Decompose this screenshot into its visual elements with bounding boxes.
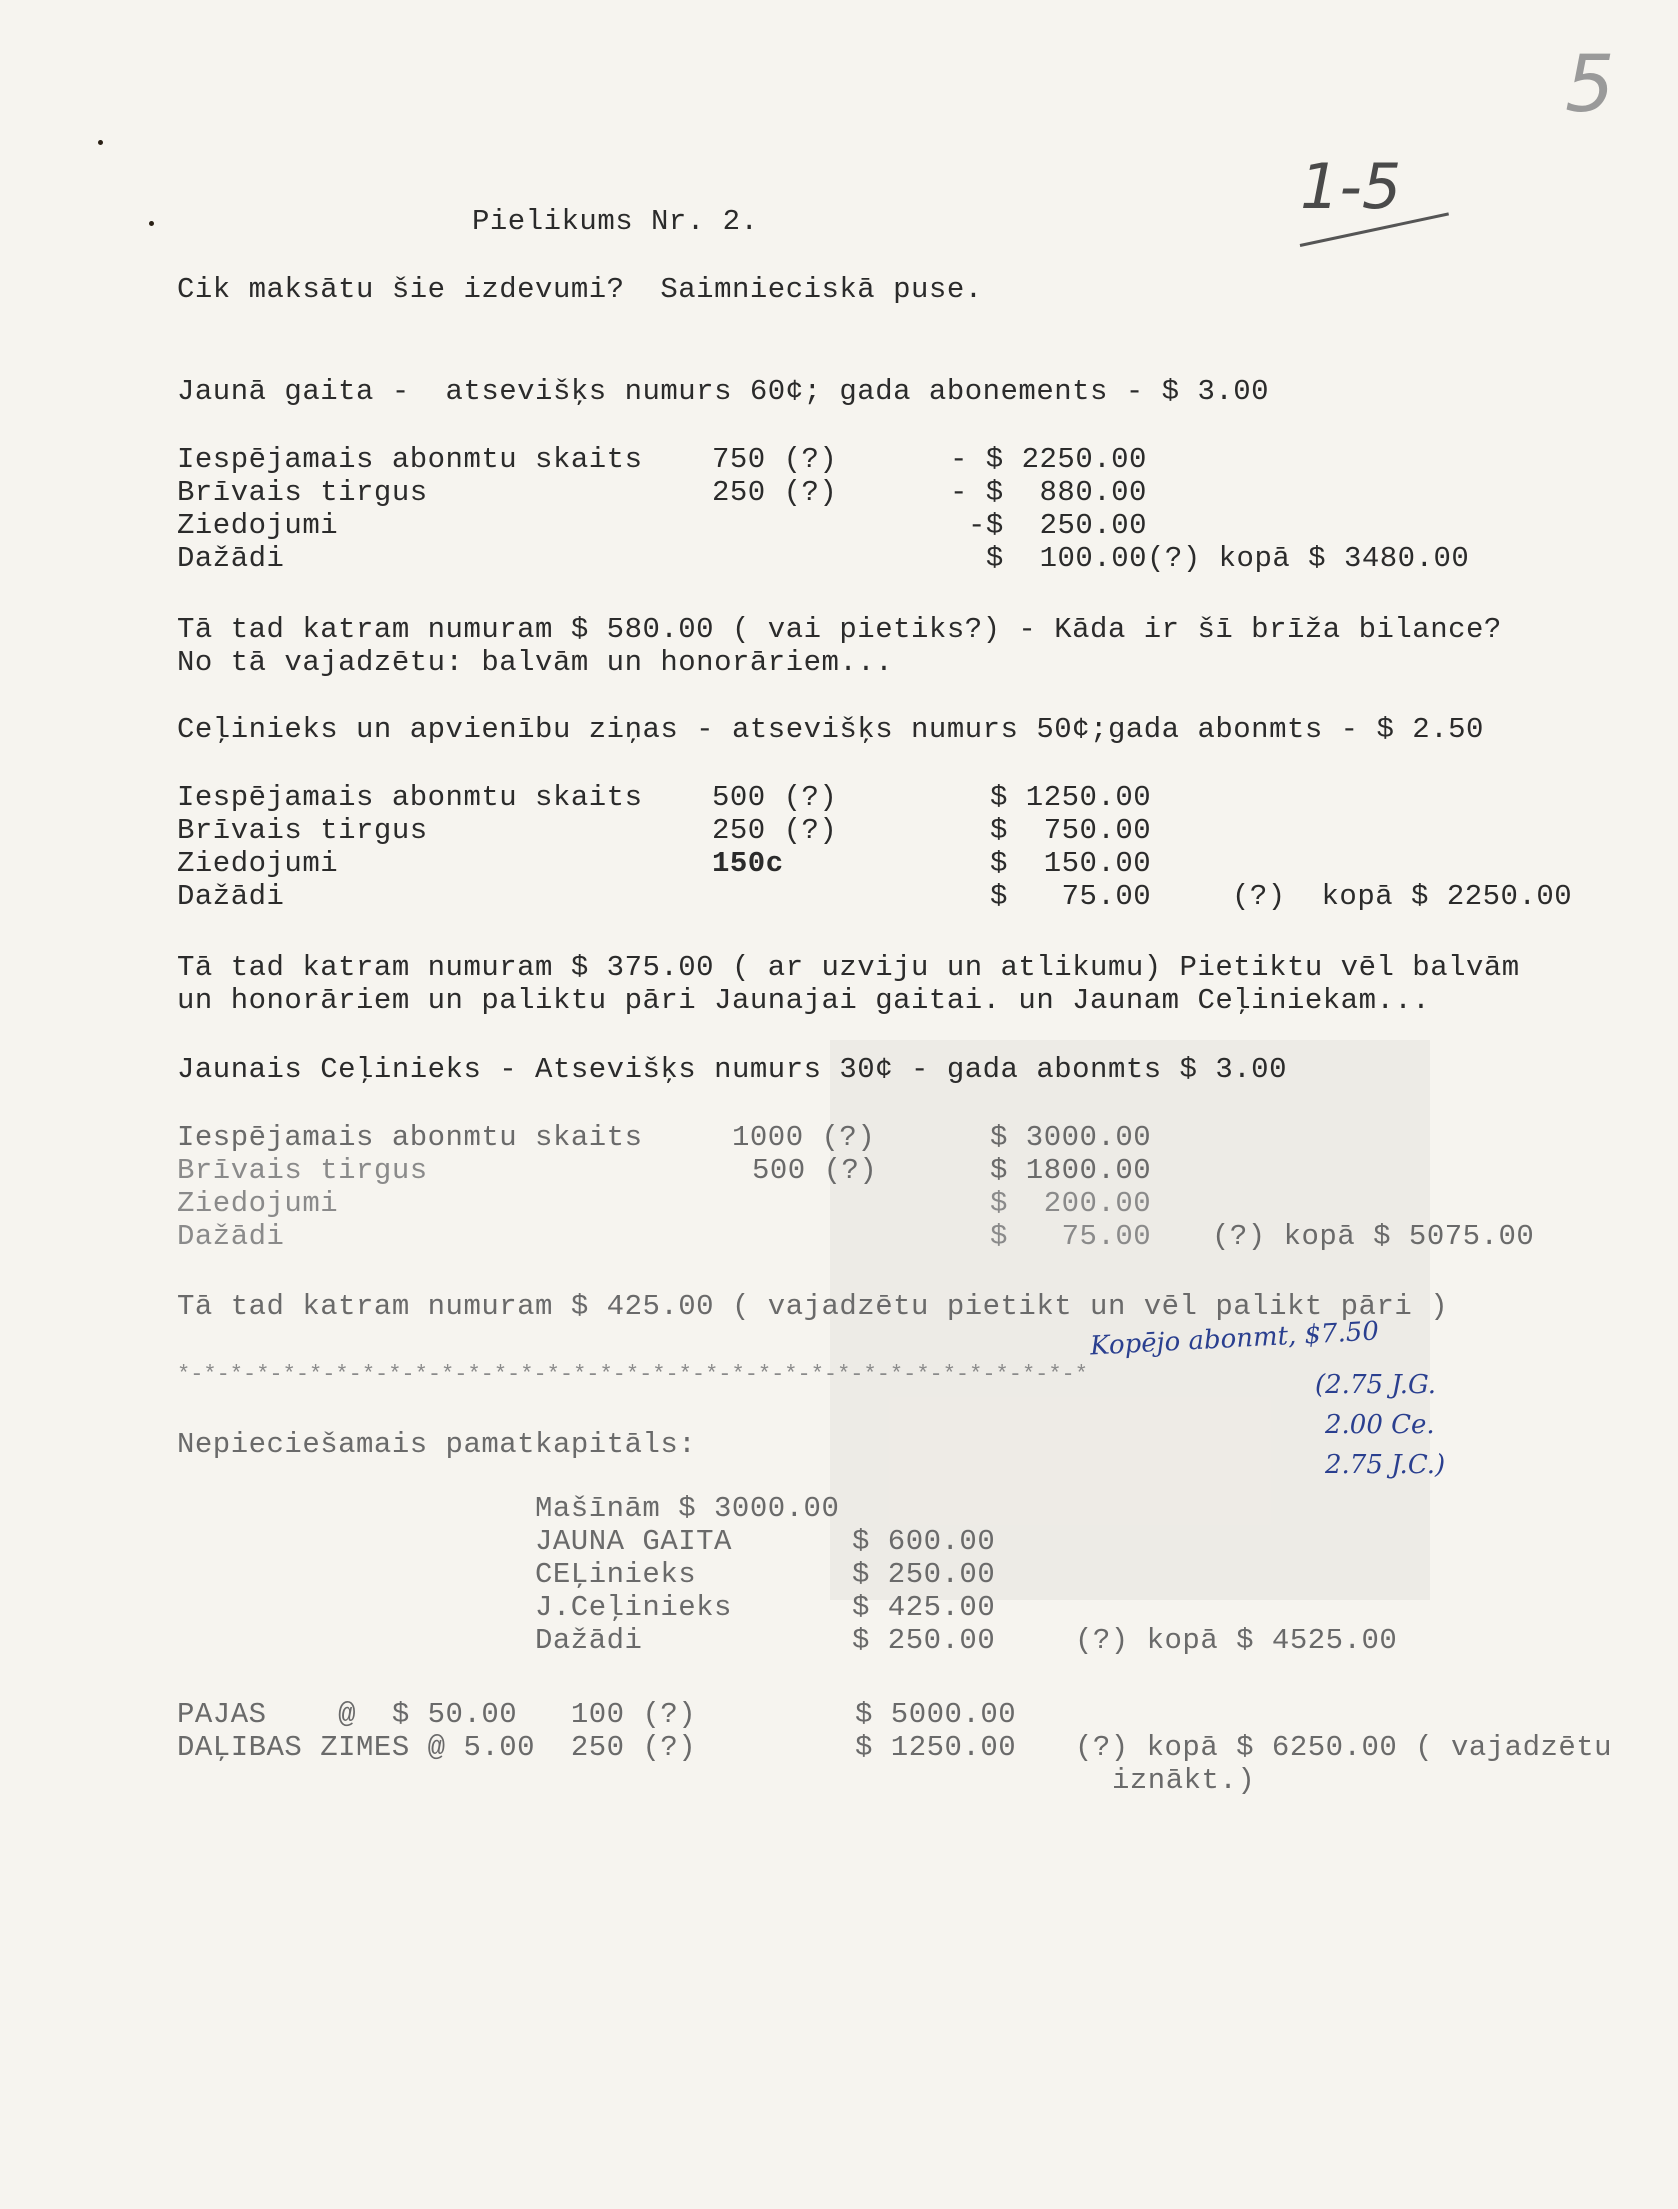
shares-continuation: iznākt.) <box>1112 1764 1255 1797</box>
row-amount: $ 75.00 <box>990 880 1151 913</box>
row-qty: 750 (?) <box>712 443 837 476</box>
row-qty: 500 (?) <box>712 781 837 814</box>
summary-line: Tā tad katram numuram $ 580.00 ( vai pie… <box>177 613 1502 646</box>
capital-row-amount: $ 250.00 <box>852 1624 995 1657</box>
row-extra: (?) kopā $ 5075.00 <box>1212 1220 1534 1253</box>
row-qty: 500 (?) <box>752 1154 877 1187</box>
row-label: Iespējamais abonmtu skaits <box>177 1121 642 1154</box>
row-label: Dažādi <box>177 1220 284 1253</box>
row-extra: (?) kopā $ 2250.00 <box>1232 880 1572 913</box>
shares-row-extra: (?) kopā $ 6250.00 ( vajadzētu <box>1075 1731 1612 1764</box>
summary-line: No tā vajadzētu: balvām un honorāriem... <box>177 646 893 679</box>
capital-row-label: Mašīnām $ 3000.00 <box>535 1492 839 1525</box>
summary-line: Tā tad katram numuram $ 425.00 ( vajadzē… <box>177 1290 1448 1323</box>
row-label: Brīvais tirgus <box>177 476 428 509</box>
row-label: Brīvais tirgus <box>177 814 428 847</box>
separator-line: *-*-*-*-*-*-*-*-*-*-*-*-*-*-*-*-*-*-*-*-… <box>177 1358 1088 1391</box>
margin-mark <box>149 221 154 226</box>
section-heading-celinieks: Ceļinieks un apvienību ziņas - atsevišķs… <box>177 713 1484 746</box>
row-amount: $ 3000.00 <box>990 1121 1151 1154</box>
row-amount: $ 750.00 <box>990 814 1151 847</box>
row-label: Ziedojumi <box>177 1187 338 1220</box>
summary-line: Tā tad katram numuram $ 375.00 ( ar uzvi… <box>177 951 1520 984</box>
row-amount: $ 150.00 <box>990 847 1151 880</box>
capital-total: (?) kopā $ 4525.00 <box>1075 1624 1397 1657</box>
handwritten-note-line: 2.75 J.C.) <box>1325 1448 1445 1482</box>
row-amount: $ 75.00 <box>990 1220 1151 1253</box>
page-range-handwritten: 1-5 <box>1300 150 1401 223</box>
row-amount: $ 1800.00 <box>990 1154 1151 1187</box>
capital-row-label: JAUNA GAITA <box>535 1525 732 1558</box>
row-label: Dažādi <box>177 880 284 913</box>
row-label: Brīvais tirgus <box>177 1154 428 1187</box>
row-amount: -$ 250.00 <box>968 509 1147 542</box>
document-page: 5 1-5 Pielikums Nr. 2. Cik maksātu šie i… <box>0 0 1678 2209</box>
summary-line: un honorāriem un paliktu pāri Jaunajai g… <box>177 984 1430 1017</box>
capital-row-label: Dažādi <box>535 1624 642 1657</box>
handwritten-note-line: 2.00 Ce. <box>1325 1408 1435 1442</box>
section-heading-jaunais-celinieks: Jaunais Ceļinieks - Atsevišķs numurs 30¢… <box>177 1053 1287 1086</box>
row-qty: 1000 (?) <box>732 1121 875 1154</box>
capital-row-amount: $ 425.00 <box>852 1591 995 1624</box>
capital-row-amount: $ 250.00 <box>852 1558 995 1591</box>
handwritten-note-line: (2.75 J.G. <box>1315 1368 1436 1402</box>
margin-mark <box>98 140 103 145</box>
row-qty: 250 (?) <box>712 476 837 509</box>
row-label: Ziedojumi <box>177 509 338 542</box>
row-amount: $ 1250.00 <box>990 781 1151 814</box>
row-label: Iespējamais abonmtu skaits <box>177 781 642 814</box>
row-qty: 250 (?) <box>712 814 837 847</box>
shares-row-amount: $ 1250.00 <box>855 1731 1016 1764</box>
page-number-handwritten: 5 <box>1565 40 1615 130</box>
row-qty: 150c <box>712 847 784 880</box>
row-label: Dažādi <box>177 542 284 575</box>
row-amount: - $ 2250.00 <box>950 443 1147 476</box>
shares-row-label: DAĻIBAS ZIMES @ 5.00 250 (?) <box>177 1731 696 1764</box>
document-subtitle: Cik maksātu šie izdevumi? Saimnieciskā p… <box>177 273 983 306</box>
shares-row-label: PAJAS @ $ 50.00 100 (?) <box>177 1698 696 1731</box>
shares-row-amount: $ 5000.00 <box>855 1698 1016 1731</box>
document-title: Pielikums Nr. 2. <box>472 205 758 238</box>
capital-row-label: J.Ceļinieks <box>535 1591 732 1624</box>
row-amount: - $ 880.00 <box>950 476 1147 509</box>
capital-row-label: CEĻinieks <box>535 1558 696 1591</box>
capital-heading: Nepieciešamais pamatkapitāls: <box>177 1428 696 1461</box>
capital-row-amount: $ 600.00 <box>852 1525 995 1558</box>
row-label: Iespējamais abonmtu skaits <box>177 443 642 476</box>
row-amount: $ 200.00 <box>990 1187 1151 1220</box>
section-heading-jauna-gaita: Jaunā gaita - atsevišķs numurs 60¢; gada… <box>177 375 1269 408</box>
row-amount: $ 100.00(?) kopā $ 3480.00 <box>968 542 1469 575</box>
row-label: Ziedojumi <box>177 847 338 880</box>
